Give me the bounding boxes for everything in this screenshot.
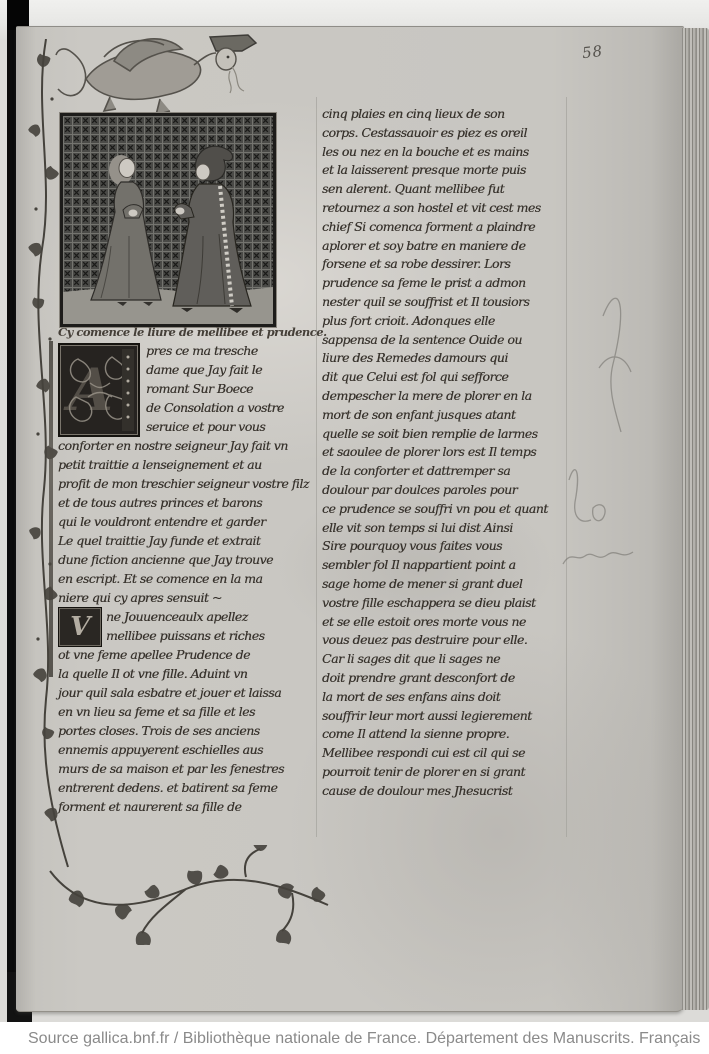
manuscript-text-line: quelle se soit bien remplie de larmes: [322, 425, 564, 444]
manuscript-text-line: pres ce ma tresche: [146, 341, 298, 360]
dragon-drollery-drawing: [44, 27, 274, 119]
manuscript-text-line: sembler fol Il nappartient point a: [322, 556, 564, 575]
paragraph-2-indented-lines: ne Jouuenceaulx apellezmellibee puissans…: [106, 607, 298, 645]
gallica-caption-bar: Source gallica.bnf.fr / Bibliothèque nat…: [0, 1022, 709, 1054]
manuscript-text-line: cause de doulour mes Jhesucrist: [322, 782, 564, 801]
text-column-2: cinq plaies en cinq lieux de soncorps. C…: [322, 105, 564, 800]
manuscript-text-line: vous deuez pas destruire pour elle.: [322, 631, 564, 650]
manuscript-text-line: de la conforter et dattremper sa: [322, 462, 564, 481]
manuscript-text-line: nester quil se souffrist et Il tousiors: [322, 293, 564, 312]
manuscript-text-line: aplorer et soy batre en maniere de: [322, 237, 564, 256]
manuscript-page: 58: [16, 26, 684, 1012]
manuscript-text-line: liure des Remedes damours qui: [322, 349, 564, 368]
book-fore-edge: [682, 28, 709, 1010]
manuscript-text-line: mellibee puissans et riches: [106, 626, 298, 645]
manuscript-text-line: sappensa de la sentence Ouide ou: [322, 331, 564, 350]
manuscript-text-line: Car li sages dit que li sages ne: [322, 650, 564, 669]
manuscript-text-line: et saoulee de plorer lors est Il temps: [322, 443, 564, 462]
manuscript-text-line: Le quel traittie Jay funde et extrait: [58, 531, 298, 550]
illuminated-initial-V: V: [58, 607, 102, 647]
dragon-hat: [210, 35, 256, 51]
manuscript-text-line: les ou nez en la bouche et es mains: [322, 143, 564, 162]
manuscript-text-line: pourroit tenir de plorer en si grant: [322, 763, 564, 782]
manuscript-text-line: vostre fille eschappera se dieu plaist: [322, 594, 564, 613]
paragraph-2-full-lines: ot vne feme apellee Prudence dela quelle…: [58, 645, 298, 816]
manuscript-text-line: jour quil sala esbatre et jouer et laiss…: [58, 683, 298, 702]
manuscript-text-line: et de tous autres princes et barons: [58, 493, 298, 512]
manuscript-text-line: Mellibee respondi cui est cil qui se: [322, 744, 564, 763]
manuscript-text-line: seruice et pour vous: [146, 417, 298, 436]
manuscript-text-line: entrerent dedens. et batirent sa feme: [58, 778, 298, 797]
manuscript-text-line: de Consolation a vostre: [146, 398, 298, 417]
manuscript-text-line: ot vne feme apellee Prudence de: [58, 645, 298, 664]
manuscript-text-line: ne Jouuenceaulx apellez: [106, 607, 298, 626]
bottom-margin-vine: [46, 845, 336, 945]
manuscript-text-line: elle vit son temps si lui dist Ainsi: [322, 519, 564, 538]
manuscript-text-line: petit traittie a lenseignement et au: [58, 455, 298, 474]
manuscript-text-line: ennemis appuyerent eschielles aus: [58, 740, 298, 759]
bar-border-ornament: [49, 341, 53, 677]
manuscript-text-line: romant Sur Boece: [146, 379, 298, 398]
manuscript-text-line: ce prudence se souffri vn pou et quant: [322, 500, 564, 519]
manuscript-text-line: forment et naurerent sa fille de: [58, 797, 298, 816]
manuscript-text-line: dit que Celui est fol qui sefforce: [322, 368, 564, 387]
manuscript-text-line: chief Si comenca forment a plaindre: [322, 218, 564, 237]
paragraph-1-full-lines: conforter en nostre seigneur Jay fait vn…: [58, 436, 298, 607]
manuscript-text-line: mort de son enfant jusques atant: [322, 406, 564, 425]
miniature-melibee-prudence: [60, 113, 276, 327]
paragraph-1-indented-lines: pres ce ma treschedame que Jay fait lero…: [146, 341, 298, 436]
column-ruling-line: [316, 97, 317, 837]
manuscript-text-line: dempescher la mere de plorer en la: [322, 387, 564, 406]
manuscript-text-line: retournez a son hostel et vit cest mes: [322, 199, 564, 218]
manuscript-photo: 58: [0, 0, 709, 1022]
manuscript-text-line: cinq plaies en cinq lieux de son: [322, 105, 564, 124]
manuscript-text-line: et la laisserent presque morte puis: [322, 161, 564, 180]
manuscript-text-line: Sire pourquoy vous faites vous: [322, 537, 564, 556]
manuscript-text-line: doulour par doulces paroles pour: [322, 481, 564, 500]
manuscript-text-line: sen alerent. Quant mellibee fut: [322, 180, 564, 199]
manuscript-text-line: dame que Jay fait le: [146, 360, 298, 379]
manuscript-text-line: profit de mon treschier seigneur vostre …: [58, 474, 298, 493]
initial-letter: V: [70, 612, 90, 642]
manuscript-text-line: corps. Cestassauoir es piez es oreil: [322, 124, 564, 143]
gallica-source-text: Source gallica.bnf.fr / Bibliothèque nat…: [0, 1022, 709, 1054]
manuscript-text-line: qui le vouldront entendre et garder: [58, 512, 298, 531]
text-column-1: A pres ce ma treschedame que Jay fait le…: [58, 341, 298, 816]
manuscript-text-line: prudence sa feme le prist a admon: [322, 274, 564, 293]
manuscript-text-line: dune fiction ancienne que Jay trouve: [58, 550, 298, 569]
miniature-painting: [63, 116, 273, 324]
manuscript-text-line: forsene et sa robe dessirer. Lors: [322, 255, 564, 274]
manuscript-text-line: murs de sa maison et par les fenestres: [58, 759, 298, 778]
margin-pen-scribbles: [541, 272, 681, 592]
manuscript-text-line: come Il attend la sienne propre.: [322, 725, 564, 744]
manuscript-text-line: et se elle estoit ores morte vous ne: [322, 613, 564, 632]
manuscript-text-line: en vn lieu sa feme et sa fille et les: [58, 702, 298, 721]
folio-number: 58: [581, 42, 604, 62]
manuscript-text-line: la mort de ses enfans ains doit: [322, 688, 564, 707]
manuscript-text-line: portes closes. Trois de ses anciens: [58, 721, 298, 740]
manuscript-text-line: sage home de mener si grant duel: [322, 575, 564, 594]
manuscript-text-line: en escript. Et se comence en la ma: [58, 569, 298, 588]
illuminated-initial-A: A: [58, 343, 140, 437]
manuscript-text-line: plus fort crioit. Adonques elle: [322, 312, 564, 331]
gallica-scan-view: 58: [0, 0, 709, 1054]
manuscript-text-line: souffrir leur mort aussi legierement: [322, 707, 564, 726]
manuscript-text-line: conforter en nostre seigneur Jay fait vn: [58, 436, 298, 455]
initial-letter: A: [68, 353, 113, 427]
rubric-caption: Cy comence le liure de mellibee et prude…: [58, 324, 308, 340]
manuscript-text-line: doit prendre grant desconfort de: [322, 669, 564, 688]
manuscript-text-line: la quelle Il ot vne fille. Aduint vn: [58, 664, 298, 683]
manuscript-text-line: niere qui cy apres sensuit ~: [58, 588, 298, 607]
